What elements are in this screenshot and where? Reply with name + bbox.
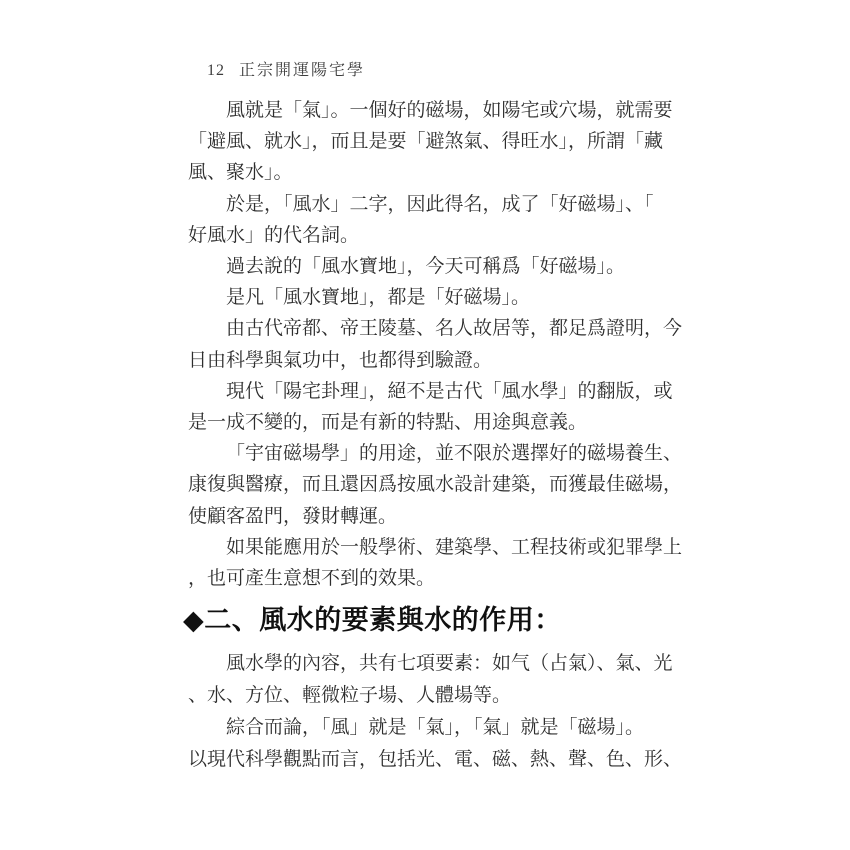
text-line: 使顧客盈門，發財轉運。 [188,501,698,532]
body-text-block-after-heading: 風水學的內容，共有七項要素：如气（占氣）、氣、光、水、方位、輕微粒子場、人體場等… [188,648,698,776]
text-line: 綜合而論，「風」就是「氣」，「氣」就是「磁場」。 [188,712,698,744]
book-title: 正宗開運陽宅學 [239,62,365,79]
page-header: 12 正宗開運陽宅學 [207,57,365,80]
text-line: 風水學的內容，共有七項要素：如气（占氣）、氣、光 [188,648,698,680]
page-number: 12 [207,62,225,79]
text-line: 日由科學與氣功中，也都得到驗證。 [188,345,698,376]
text-line: 過去說的「風水寶地」，今天可稱爲「好磁場」。 [188,251,698,282]
body-text-block-before-heading: 風就是「氣」。一個好的磁場，如陽宅或穴場，就需要「避風、就水」，而且是要「避煞氣… [188,95,698,594]
text-line: 以現代科學觀點而言，包括光、電、磁、熱、聲、色、形、 [188,744,698,776]
text-line: 於是，「風水」二字，因此得名，成了「好磁場」、「 [188,189,698,220]
text-line: 康復與醫療，而且還因爲按風水設計建築，而獲最佳磁場， [188,469,698,500]
text-line: 「避風、就水」，而且是要「避煞氣、得旺水」，所謂「藏 [188,126,698,157]
text-line: ，也可產生意想不到的效果。 [188,563,698,594]
book-page: 12 正宗開運陽宅學 風就是「氣」。一個好的磁場，如陽宅或穴場，就需要「避風、就… [0,0,850,850]
text-line: 是凡「風水寶地」，都是「好磁場」。 [188,282,698,313]
text-line: 由古代帝都、帝王陵墓、名人故居等，都足爲證明，今 [188,313,698,344]
text-line: 、水、方位、輕微粒子場、人體場等。 [188,680,698,712]
section-heading: ◆二、風水的要素與水的作用： [183,598,562,637]
text-line: 好風水」的代名詞。 [188,220,698,251]
text-line: 如果能應用於一般學術、建築學、工程技術或犯罪學上 [188,532,698,563]
text-line: 「宇宙磁場學」的用途，並不限於選擇好的磁場養生、 [188,438,698,469]
text-line: 是一成不變的，而是有新的特點、用途與意義。 [188,407,698,438]
text-line: 風就是「氣」。一個好的磁場，如陽宅或穴場，就需要 [188,95,698,126]
text-line: 現代「陽宅卦理」，絕不是古代「風水學」的翻版，或 [188,376,698,407]
text-line: 風、聚水」。 [188,157,698,188]
